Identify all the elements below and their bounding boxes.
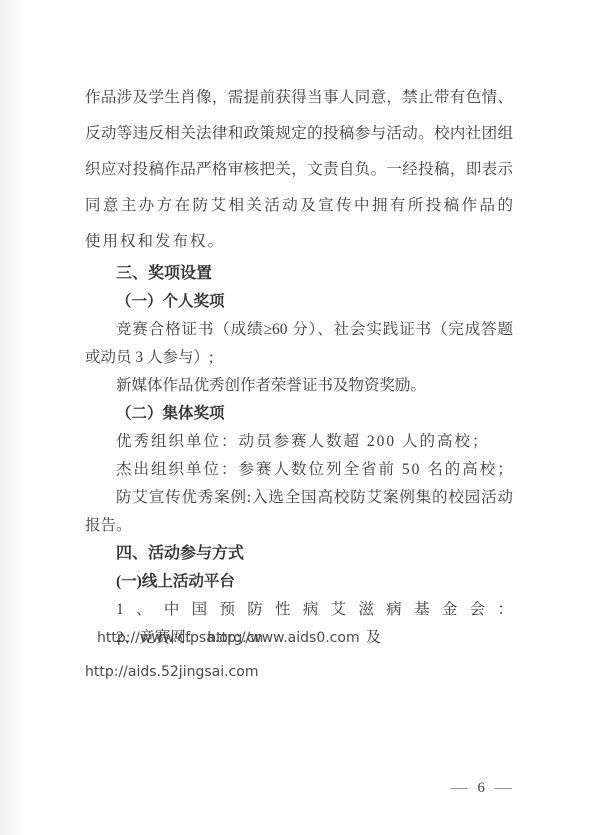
page-number: 6 [478,780,485,797]
subsection-heading-individual-awards: （一）个人奖项 [85,288,513,316]
body-text-line: 织应对投稿作品严格审核把关，文责自负。一经投稿，即表示 [85,152,513,188]
page-number-footer: — 6 — [452,780,510,797]
list-item-competition-site: 2、竞赛网：http://www.aids0.com及 [85,624,513,652]
list-item-label: 2、竞赛网： [116,629,201,646]
document-body: 作品涉及学生肖像，需提前获得当事人同意，禁止带有色情、 反动等违反相关法律和政策… [85,80,513,686]
url-aids0: http://www.aids0.com [207,630,359,646]
footer-dash-right: — [494,780,511,797]
body-text-line: 竞赛合格证书（成绩≥60 分）、社会实践证书（完成答题 [85,316,513,344]
url-line: http://aids.52jingsai.com [85,658,513,686]
body-text-line: 新媒体作品优秀创作者荣誉证书及物资奖励。 [85,372,513,400]
body-text-line: 防艾宣传优秀案例:入选全国高校防艾案例集的校园活动 [85,484,513,512]
body-text-line: 使用权和发布权。 [85,224,513,260]
conjunction-text: 及 [366,629,382,646]
body-text-line: 反动等违反相关法律和政策规定的投稿参与活动。校内社团组 [85,116,513,152]
list-item-cfpsa: 1、中国预防性病艾滋病基金会：http://www.cfpsa.org.cn [85,596,513,624]
body-text-line: 报告。 [85,512,513,540]
subsection-heading-online-platform: (一)线上活动平台 [85,568,513,596]
list-item-label: 1、中国预防性病艾滋病基金会： [116,601,513,618]
subsection-heading-collective-awards: （二）集体奖项 [85,400,513,428]
url-52jingsai: http://aids.52jingsai.com [85,664,258,680]
body-text-line: 优秀组织单位：动员参赛人数超 200 人的高校； [85,428,513,456]
footer-dash-left: — [451,780,468,797]
body-text-line: 同意主办方在防艾相关活动及宣传中拥有所投稿作品的 [85,188,513,224]
body-text-line: 杰出组织单位：参赛人数位列全省前 50 名的高校； [85,456,513,484]
scanned-document-page: 作品涉及学生肖像，需提前获得当事人同意，禁止带有色情、 反动等违反相关法律和政策… [0,0,593,835]
body-text-line: 作品涉及学生肖像，需提前获得当事人同意，禁止带有色情、 [85,80,513,116]
scan-edge-shadow [0,0,26,835]
section-heading-awards: 三、奖项设置 [85,260,513,288]
section-heading-participation: 四、活动参与方式 [85,540,513,568]
body-text-line: 或动员 3 人参与）; [85,344,513,372]
